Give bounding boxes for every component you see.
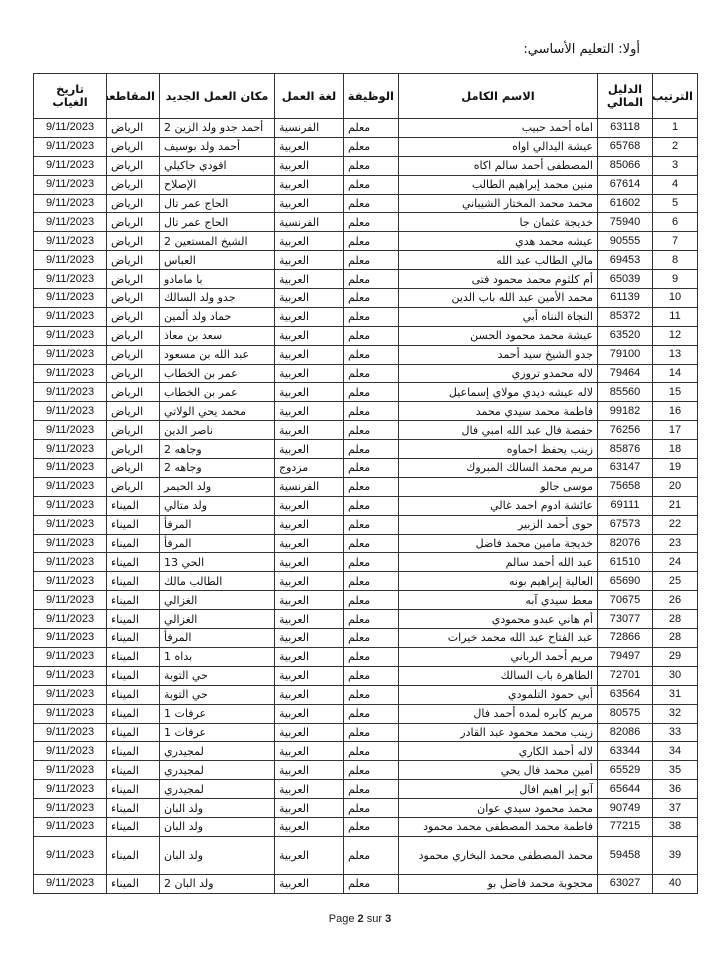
cell-index: 3 xyxy=(653,156,698,175)
cell-index: 28 xyxy=(653,629,698,648)
cell-date: 9/11/2023 xyxy=(34,610,107,629)
cell-lang: العربية xyxy=(275,496,344,515)
cell-date: 9/11/2023 xyxy=(34,799,107,818)
cell-lang: العربية xyxy=(275,610,344,629)
cell-region: الميناء xyxy=(107,496,160,515)
cell-index: 32 xyxy=(653,704,698,723)
cell-lang: العربية xyxy=(275,175,344,194)
cell-region: الميناء xyxy=(107,553,160,572)
cell-index: 21 xyxy=(653,496,698,515)
table-row: 3877215فاطمة محمد المصطفى محمد محمودمعلم… xyxy=(34,817,698,836)
cell-region: الميناء xyxy=(107,780,160,799)
cell-name: عيشه محمد هدي xyxy=(399,232,598,251)
cell-place: أحمد ولد بوسيف xyxy=(160,137,275,156)
cell-date: 9/11/2023 xyxy=(34,194,107,213)
cell-index: 6 xyxy=(653,213,698,232)
cell-code: 63520 xyxy=(598,326,653,345)
table-row: 3280575مريم كابره لمده أحمد فالمعلمالعرب… xyxy=(34,704,698,723)
cell-lang: العربية xyxy=(275,874,344,893)
cell-date: 9/11/2023 xyxy=(34,572,107,591)
cell-job: معلم xyxy=(344,553,399,572)
cell-place: الحي 13 xyxy=(160,553,275,572)
cell-index: 12 xyxy=(653,326,698,345)
cell-code: 77215 xyxy=(598,817,653,836)
cell-job: معلم xyxy=(344,836,399,874)
cell-place: لمجيدري xyxy=(160,761,275,780)
cell-job: معلم xyxy=(344,345,399,364)
table-row: 675940خديجة عثمان جامعلمالفرنسيةالحاج عم… xyxy=(34,213,698,232)
cell-job: معلم xyxy=(344,817,399,836)
cell-lang: العربية xyxy=(275,761,344,780)
cell-index: 1 xyxy=(653,119,698,138)
cell-job: معلم xyxy=(344,119,399,138)
cell-place: عمر بن الخطاب xyxy=(160,364,275,383)
cell-job: معلم xyxy=(344,666,399,685)
cell-date: 9/11/2023 xyxy=(34,175,107,194)
cell-place: أحمد جدو ولد الزين 2 xyxy=(160,119,275,138)
cell-region: الميناء xyxy=(107,685,160,704)
cell-job: معلم xyxy=(344,515,399,534)
cell-place: حماد ولد ألمين xyxy=(160,307,275,326)
cell-code: 85876 xyxy=(598,440,653,459)
cell-index: 31 xyxy=(653,685,698,704)
table-row: 1776256حفصة فال عبد الله امبي فالمعلمالع… xyxy=(34,421,698,440)
table-row: 3790749محمد محمود سيدي عوانمعلمالعربيةول… xyxy=(34,799,698,818)
cell-region: الميناء xyxy=(107,572,160,591)
cell-index: 36 xyxy=(653,780,698,799)
footer-total-pages: 3 xyxy=(385,913,391,925)
cell-place: ولد متالي xyxy=(160,496,275,515)
cell-index: 33 xyxy=(653,723,698,742)
cell-place: سعد بن معاذ xyxy=(160,326,275,345)
cell-name: مالي الطالب عبد الله xyxy=(399,251,598,270)
cell-region: الرياض xyxy=(107,232,160,251)
cell-region: الميناء xyxy=(107,591,160,610)
cell-code: 79464 xyxy=(598,364,653,383)
cell-code: 90749 xyxy=(598,799,653,818)
cell-name: محمد الأمين عبد الله باب الدين xyxy=(399,289,598,308)
cell-date: 9/11/2023 xyxy=(34,666,107,685)
cell-place: افودي جاكيلي xyxy=(160,156,275,175)
table-row: 965039أم كلثوم محمد محمود فتىمعلمالعربية… xyxy=(34,270,698,289)
cell-date: 9/11/2023 xyxy=(34,326,107,345)
cell-name: محمد محمد المختار الشيباني xyxy=(399,194,598,213)
cell-date: 9/11/2023 xyxy=(34,459,107,478)
cell-date: 9/11/2023 xyxy=(34,553,107,572)
cell-lang: العربية xyxy=(275,251,344,270)
cell-region: الرياض xyxy=(107,383,160,402)
cell-region: الرياض xyxy=(107,289,160,308)
cell-lang: العربية xyxy=(275,817,344,836)
cell-index: 18 xyxy=(653,440,698,459)
cell-place: لمجيدري xyxy=(160,742,275,761)
cell-place: الغزالي xyxy=(160,610,275,629)
cell-region: الميناء xyxy=(107,723,160,742)
cell-place: لمجيدري xyxy=(160,780,275,799)
cell-index: 8 xyxy=(653,251,698,270)
table-row: 1885876زينب يحفظ احماوهمعلمالعربيةوجاهه … xyxy=(34,440,698,459)
table-row: 2382076خديجة مامين محمد فاضلمعلمالعربيةا… xyxy=(34,534,698,553)
cell-code: 65039 xyxy=(598,270,653,289)
cell-date: 9/11/2023 xyxy=(34,723,107,742)
cell-index: 17 xyxy=(653,421,698,440)
table-row: 163118اماه أحمد حبيبمعلمالفرنسيةأحمد جدو… xyxy=(34,119,698,138)
cell-code: 67614 xyxy=(598,175,653,194)
cell-index: 11 xyxy=(653,307,698,326)
cell-name: الطاهرة باب السالك xyxy=(399,666,598,685)
cell-date: 9/11/2023 xyxy=(34,477,107,496)
cell-date: 9/11/2023 xyxy=(34,232,107,251)
cell-region: الميناء xyxy=(107,610,160,629)
cell-lang: العربية xyxy=(275,515,344,534)
cell-index: 15 xyxy=(653,383,698,402)
section-title: أولا: التعليم الأساسي: xyxy=(523,42,640,57)
cell-lang: العربية xyxy=(275,440,344,459)
cell-lang: العربية xyxy=(275,534,344,553)
cell-code: 79100 xyxy=(598,345,653,364)
cell-name: اماه أحمد حبيب xyxy=(399,119,598,138)
cell-code: 82086 xyxy=(598,723,653,742)
cell-name: المصطفى أحمد سالم اكاه xyxy=(399,156,598,175)
table-row: 3072701الطاهرة باب السالكمعلمالعربيةحي ا… xyxy=(34,666,698,685)
cell-lang: العربية xyxy=(275,270,344,289)
table-row: 1963147مريم محمد السالك المبروكمعلممزدوج… xyxy=(34,459,698,478)
cell-name: عبد الفتاح عبد الله محمد خيرات xyxy=(399,629,598,648)
cell-index: 14 xyxy=(653,364,698,383)
cell-index: 34 xyxy=(653,742,698,761)
table-row: 2670675معط سيدي آبهمعلمالعربيةالغزاليالم… xyxy=(34,591,698,610)
header-region: المقاطعة xyxy=(107,74,160,119)
staff-table: الترتيب الدليل المالي الاسم الكامل الوظي… xyxy=(33,73,698,894)
cell-job: معلم xyxy=(344,194,399,213)
cell-index: 22 xyxy=(653,515,698,534)
table-row: 2565690العالية إبراهيم بونهمعلمالعربيةال… xyxy=(34,572,698,591)
cell-code: 63564 xyxy=(598,685,653,704)
cell-index: 39 xyxy=(653,836,698,874)
cell-region: الرياض xyxy=(107,477,160,496)
table-row: 1479464لاله محمدو تروزيمعلمالعربيةعمر بن… xyxy=(34,364,698,383)
cell-region: الرياض xyxy=(107,194,160,213)
cell-lang: العربية xyxy=(275,780,344,799)
cell-name: محمد المصطفى محمد البخاري محمود xyxy=(399,836,598,874)
cell-lang: مزدوج xyxy=(275,459,344,478)
cell-job: معلم xyxy=(344,761,399,780)
cell-region: الميناء xyxy=(107,742,160,761)
cell-name: عائشة ادوم احمد غالي xyxy=(399,496,598,515)
page-footer: Page 2 sur 3 xyxy=(0,913,720,925)
cell-place: حي التوبة xyxy=(160,685,275,704)
cell-date: 9/11/2023 xyxy=(34,402,107,421)
cell-code: 61139 xyxy=(598,289,653,308)
cell-code: 65644 xyxy=(598,780,653,799)
cell-place: الإصلاح xyxy=(160,175,275,194)
cell-date: 9/11/2023 xyxy=(34,289,107,308)
cell-region: الرياض xyxy=(107,459,160,478)
cell-date: 9/11/2023 xyxy=(34,364,107,383)
cell-index: 9 xyxy=(653,270,698,289)
cell-name: حفصة فال عبد الله امبي فال xyxy=(399,421,598,440)
table-row: 265768عيشة اليدالي اواهمعلمالعربيةأحمد و… xyxy=(34,137,698,156)
cell-code: 67573 xyxy=(598,515,653,534)
cell-region: الميناء xyxy=(107,666,160,685)
cell-lang: العربية xyxy=(275,799,344,818)
cell-index: 37 xyxy=(653,799,698,818)
cell-job: معلم xyxy=(344,364,399,383)
cell-date: 9/11/2023 xyxy=(34,119,107,138)
cell-place: عمر بن الخطاب xyxy=(160,383,275,402)
cell-lang: العربية xyxy=(275,421,344,440)
cell-name: موسى جالو xyxy=(399,477,598,496)
header-place: مكان العمل الجديد xyxy=(160,74,275,119)
footer-middle: sur xyxy=(364,913,385,925)
cell-name: أبي حمود التلمودي xyxy=(399,685,598,704)
table-row: 4063027محجوبة محمد فاضل بومعلمالعربيةولد… xyxy=(34,874,698,893)
cell-date: 9/11/2023 xyxy=(34,251,107,270)
table-row: 2169111عائشة ادوم احمد غاليمعلمالعربيةول… xyxy=(34,496,698,515)
cell-job: معلم xyxy=(344,156,399,175)
cell-lang: العربية xyxy=(275,666,344,685)
cell-region: الميناء xyxy=(107,647,160,666)
cell-place: الحاج عمر تال xyxy=(160,213,275,232)
cell-date: 9/11/2023 xyxy=(34,591,107,610)
cell-lang: العربية xyxy=(275,742,344,761)
cell-name: محجوبة محمد فاضل بو xyxy=(399,874,598,893)
cell-lang: العربية xyxy=(275,383,344,402)
cell-name: أم هاني عبدو محمودي xyxy=(399,610,598,629)
cell-date: 9/11/2023 xyxy=(34,383,107,402)
cell-lang: العربية xyxy=(275,402,344,421)
cell-lang: العربية xyxy=(275,194,344,213)
cell-place: عرفات 1 xyxy=(160,723,275,742)
table-header-row: الترتيب الدليل المالي الاسم الكامل الوظي… xyxy=(34,74,698,119)
cell-job: معلم xyxy=(344,704,399,723)
table-row: 869453مالي الطالب عبد اللهمعلمالعربيةالع… xyxy=(34,251,698,270)
cell-region: الرياض xyxy=(107,270,160,289)
cell-region: الرياض xyxy=(107,307,160,326)
cell-place: وجاهه 2 xyxy=(160,459,275,478)
cell-date: 9/11/2023 xyxy=(34,817,107,836)
cell-code: 65529 xyxy=(598,761,653,780)
cell-lang: العربية xyxy=(275,326,344,345)
cell-code: 63344 xyxy=(598,742,653,761)
cell-place: الطالب مالك xyxy=(160,572,275,591)
footer-prefix: Page xyxy=(329,913,358,925)
cell-job: معلم xyxy=(344,232,399,251)
cell-place: با مامادو xyxy=(160,270,275,289)
cell-index: 4 xyxy=(653,175,698,194)
cell-code: 72866 xyxy=(598,629,653,648)
cell-date: 9/11/2023 xyxy=(34,345,107,364)
cell-region: الرياض xyxy=(107,156,160,175)
cell-name: خديجة مامين محمد فاضل xyxy=(399,534,598,553)
cell-code: 85066 xyxy=(598,156,653,175)
cell-region: الميناء xyxy=(107,534,160,553)
cell-name: العالية إبراهيم بونه xyxy=(399,572,598,591)
table-body: 163118اماه أحمد حبيبمعلمالفرنسيةأحمد جدو… xyxy=(34,119,698,894)
cell-region: الرياض xyxy=(107,402,160,421)
cell-place: ولد الحيمر xyxy=(160,477,275,496)
cell-place: ناصر الدين xyxy=(160,421,275,440)
cell-code: 99182 xyxy=(598,402,653,421)
cell-date: 9/11/2023 xyxy=(34,270,107,289)
table-row: 2075658موسى جالومعلمالفرنسيةولد الحيمرال… xyxy=(34,477,698,496)
cell-index: 7 xyxy=(653,232,698,251)
cell-job: معلم xyxy=(344,213,399,232)
cell-lang: العربية xyxy=(275,307,344,326)
cell-date: 9/11/2023 xyxy=(34,704,107,723)
cell-place: ولد البان xyxy=(160,799,275,818)
cell-place: وجاهه 2 xyxy=(160,440,275,459)
cell-index: 13 xyxy=(653,345,698,364)
cell-index: 10 xyxy=(653,289,698,308)
cell-region: الرياض xyxy=(107,326,160,345)
cell-job: معلم xyxy=(344,534,399,553)
cell-index: 23 xyxy=(653,534,698,553)
table-row: 2979497مريم أحمد الربانيمعلمالعربيةبداه … xyxy=(34,647,698,666)
cell-code: 65690 xyxy=(598,572,653,591)
cell-code: 82076 xyxy=(598,534,653,553)
cell-region: الرياض xyxy=(107,440,160,459)
cell-name: عيشة اليدالي اواه xyxy=(399,137,598,156)
cell-date: 9/11/2023 xyxy=(34,629,107,648)
cell-job: معلم xyxy=(344,251,399,270)
cell-job: معلم xyxy=(344,647,399,666)
table-row: 1379100جدو الشيخ سيد أحمدمعلمالعربيةعبد … xyxy=(34,345,698,364)
header-code: الدليل المالي xyxy=(598,74,653,119)
cell-region: الميناء xyxy=(107,629,160,648)
cell-date: 9/11/2023 xyxy=(34,156,107,175)
cell-date: 9/11/2023 xyxy=(34,496,107,515)
cell-code: 75658 xyxy=(598,477,653,496)
table-row: 1585560لاله عيشه ديدي مولاي إسماعيلمعلما… xyxy=(34,383,698,402)
cell-place: ولد البان xyxy=(160,817,275,836)
cell-region: الميناء xyxy=(107,704,160,723)
cell-region: الميناء xyxy=(107,817,160,836)
cell-name: لاله عيشه ديدي مولاي إسماعيل xyxy=(399,383,598,402)
cell-name: فاطمة محمد سيدي محمد xyxy=(399,402,598,421)
table-row: 790555عيشه محمد هديمعلمالعربيةالشيخ المس… xyxy=(34,232,698,251)
cell-lang: العربية xyxy=(275,591,344,610)
cell-region: الرياض xyxy=(107,213,160,232)
cell-place: بداه 1 xyxy=(160,647,275,666)
cell-job: معلم xyxy=(344,402,399,421)
cell-place: المرفأ xyxy=(160,534,275,553)
cell-place: الحاج عمر تال xyxy=(160,194,275,213)
cell-code: 85372 xyxy=(598,307,653,326)
cell-name: حوى أحمد الزبير xyxy=(399,515,598,534)
header-name: الاسم الكامل xyxy=(399,74,598,119)
cell-date: 9/11/2023 xyxy=(34,685,107,704)
cell-region: الميناء xyxy=(107,836,160,874)
cell-name: محمد محمود سيدي عوان xyxy=(399,799,598,818)
cell-index: 19 xyxy=(653,459,698,478)
table-row: 1263520عيشة محمد محمود الحسنمعلمالعربيةس… xyxy=(34,326,698,345)
cell-region: الرياض xyxy=(107,421,160,440)
cell-job: معلم xyxy=(344,742,399,761)
table-row: 1061139محمد الأمين عبد الله باب الدينمعل… xyxy=(34,289,698,308)
cell-job: معلم xyxy=(344,270,399,289)
cell-place: جدو ولد السالك xyxy=(160,289,275,308)
cell-lang: العربية xyxy=(275,685,344,704)
cell-job: معلم xyxy=(344,723,399,742)
cell-place: العباس xyxy=(160,251,275,270)
cell-region: الرياض xyxy=(107,119,160,138)
cell-region: الرياض xyxy=(107,137,160,156)
cell-code: 69111 xyxy=(598,496,653,515)
cell-place: الغزالي xyxy=(160,591,275,610)
cell-job: معلم xyxy=(344,780,399,799)
cell-code: 63027 xyxy=(598,874,653,893)
cell-code: 73077 xyxy=(598,610,653,629)
cell-index: 28 xyxy=(653,610,698,629)
cell-code: 63147 xyxy=(598,459,653,478)
cell-date: 9/11/2023 xyxy=(34,515,107,534)
table-row: 561602محمد محمد المختار الشيبانيمعلمالعر… xyxy=(34,194,698,213)
table-row: 3565529أمين محمد فال يحيمعلمالعربيةلمجيد… xyxy=(34,761,698,780)
cell-region: الرياض xyxy=(107,251,160,270)
table-row: 2873077أم هاني عبدو محموديمعلمالعربيةالغ… xyxy=(34,610,698,629)
cell-code: 59458 xyxy=(598,836,653,874)
cell-place: محمد يحي الولاتي xyxy=(160,402,275,421)
cell-code: 90555 xyxy=(598,232,653,251)
cell-name: فاطمة محمد المصطفى محمد محمود xyxy=(399,817,598,836)
cell-code: 76256 xyxy=(598,421,653,440)
cell-job: معلم xyxy=(344,440,399,459)
cell-region: الرياض xyxy=(107,364,160,383)
cell-lang: العربية xyxy=(275,289,344,308)
cell-code: 72701 xyxy=(598,666,653,685)
cell-lang: العربية xyxy=(275,137,344,156)
cell-index: 2 xyxy=(653,137,698,156)
cell-code: 80575 xyxy=(598,704,653,723)
cell-code: 63118 xyxy=(598,119,653,138)
cell-date: 9/11/2023 xyxy=(34,421,107,440)
cell-code: 85560 xyxy=(598,383,653,402)
cell-date: 9/11/2023 xyxy=(34,647,107,666)
cell-date: 9/11/2023 xyxy=(34,534,107,553)
cell-code: 75940 xyxy=(598,213,653,232)
cell-code: 65768 xyxy=(598,137,653,156)
cell-place: ولد البان xyxy=(160,836,275,874)
cell-lang: الفرنسية xyxy=(275,213,344,232)
cell-code: 61510 xyxy=(598,553,653,572)
cell-lang: العربية xyxy=(275,723,344,742)
cell-name: أمين محمد فال يحي xyxy=(399,761,598,780)
table-row: 3463344لاله أحمد الكاريمعلمالعربيةلمجيدر… xyxy=(34,742,698,761)
cell-lang: العربية xyxy=(275,647,344,666)
cell-lang: الفرنسية xyxy=(275,119,344,138)
cell-name: آبو إبر اهيم افال xyxy=(399,780,598,799)
cell-index: 25 xyxy=(653,572,698,591)
cell-job: معلم xyxy=(344,629,399,648)
cell-code: 69453 xyxy=(598,251,653,270)
cell-index: 24 xyxy=(653,553,698,572)
cell-name: جدو الشيخ سيد أحمد xyxy=(399,345,598,364)
cell-lang: العربية xyxy=(275,156,344,175)
cell-code: 70675 xyxy=(598,591,653,610)
table-row: 3665644آبو إبر اهيم افالمعلمالعربيةلمجيد… xyxy=(34,780,698,799)
cell-index: 38 xyxy=(653,817,698,836)
header-date: تاريخ الغياب xyxy=(34,74,107,119)
cell-region: الرياض xyxy=(107,345,160,364)
cell-date: 9/11/2023 xyxy=(34,213,107,232)
cell-region: الميناء xyxy=(107,761,160,780)
cell-lang: العربية xyxy=(275,364,344,383)
table-row: 3163564أبي حمود التلموديمعلمالعربيةحي ال… xyxy=(34,685,698,704)
cell-name: لاله أحمد الكاري xyxy=(399,742,598,761)
table-row: 3959458محمد المصطفى محمد البخاري محمودمع… xyxy=(34,836,698,874)
cell-date: 9/11/2023 xyxy=(34,836,107,874)
